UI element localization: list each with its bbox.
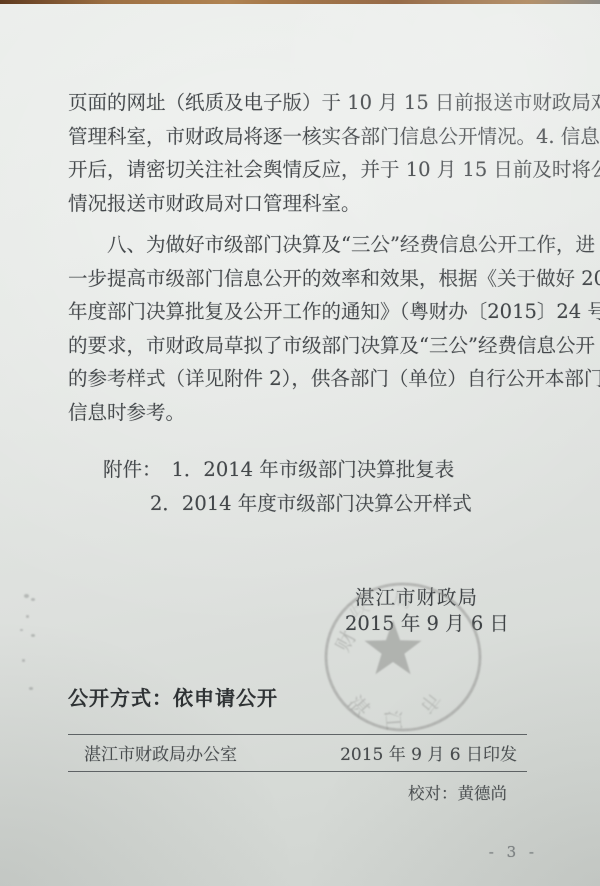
body-line: 八、为做好市级部门决算及“三公”经费信息公开工作，进 [68, 228, 536, 262]
footer-print-date: 2015 年 9 月 6 日印发 [340, 743, 517, 767]
attachment-list: 附件：1．2014 年市级部门决算批复表 2．2014 年度市级部门决算公开样式 [68, 453, 536, 520]
paper-smudge [31, 634, 35, 637]
attachment-item-2: 2．2014 年度市级部门决算公开样式 [150, 487, 536, 521]
paper-smudge [20, 629, 23, 631]
attachment-label: 附件： [103, 458, 162, 481]
signature-org: 湛江市财政局 [355, 585, 536, 611]
page-content: 页面的网址（纸质及电子版）于 10 月 15 日前报送市财政局对口 管理科室，市… [0, 86, 600, 860]
body-line: 开后，请密切关注社会舆情反应，并于 10 月 15 日前及时将公开 [68, 153, 536, 187]
attachment-item-text: 1．2014 年市级部门决算批复表 [172, 458, 455, 481]
attachment-item-1: 附件：1．2014 年市级部门决算批复表 [103, 453, 536, 487]
paper-smudge [22, 659, 25, 662]
paper-smudge [31, 598, 35, 601]
paragraph-1: 页面的网址（纸质及电子版）于 10 月 15 日前报送市财政局对口 管理科室，市… [68, 86, 536, 220]
footer-row: 湛江市财政局办公室 2015 年 9 月 6 日印发 [68, 743, 527, 767]
page-number: - 3 - [68, 844, 538, 860]
body-line: 页面的网址（纸质及电子版）于 10 月 15 日前报送市财政局对口 [68, 86, 536, 120]
footer-office: 湛江市财政局办公室 [84, 743, 237, 767]
document-photo: 页面的网址（纸质及电子版）于 10 月 15 日前报送市财政局对口 管理科室，市… [0, 0, 600, 886]
body-line: 的要求，市财政局草拟了市级部门决算及“三公”经费信息公开 [68, 329, 536, 363]
body-line: 信息时参考。 [68, 396, 536, 430]
proofreader-line: 校对：黄德尚 [68, 784, 527, 804]
body-line: 情况报送市财政局对口管理科室。 [68, 187, 536, 221]
paragraph-2: 八、为做好市级部门决算及“三公”经费信息公开工作，进 一步提高市级部门信息公开的… [68, 228, 536, 429]
footer-separator-top [68, 734, 527, 735]
paper-smudge [24, 594, 29, 598]
body-line: 年度部门决算批复及公开工作的通知》（粤财办〔2015〕24 号） [68, 295, 536, 329]
body-line: 管理科室，市财政局将逐一核实各部门信息公开情况。4. 信息公 [68, 120, 536, 154]
body-line: 一步提高市级部门信息公开的效率和效果，根据《关于做好 2014 [68, 262, 536, 296]
body-line: 的参考样式（详见附件 2），供各部门（单位）自行公开本部门 [68, 362, 536, 396]
paper-smudge [29, 687, 33, 690]
disclosure-method-line: 公开方式：依申请公开 [68, 685, 536, 711]
footer-separator-bottom [68, 771, 527, 772]
signature-date: 2015 年 9 月 6 日 [345, 611, 536, 637]
paper-smudge [26, 615, 29, 618]
table-edge [0, 0, 600, 4]
signature-block: 湛江市财政局 2015 年 9 月 6 日 [68, 585, 536, 637]
